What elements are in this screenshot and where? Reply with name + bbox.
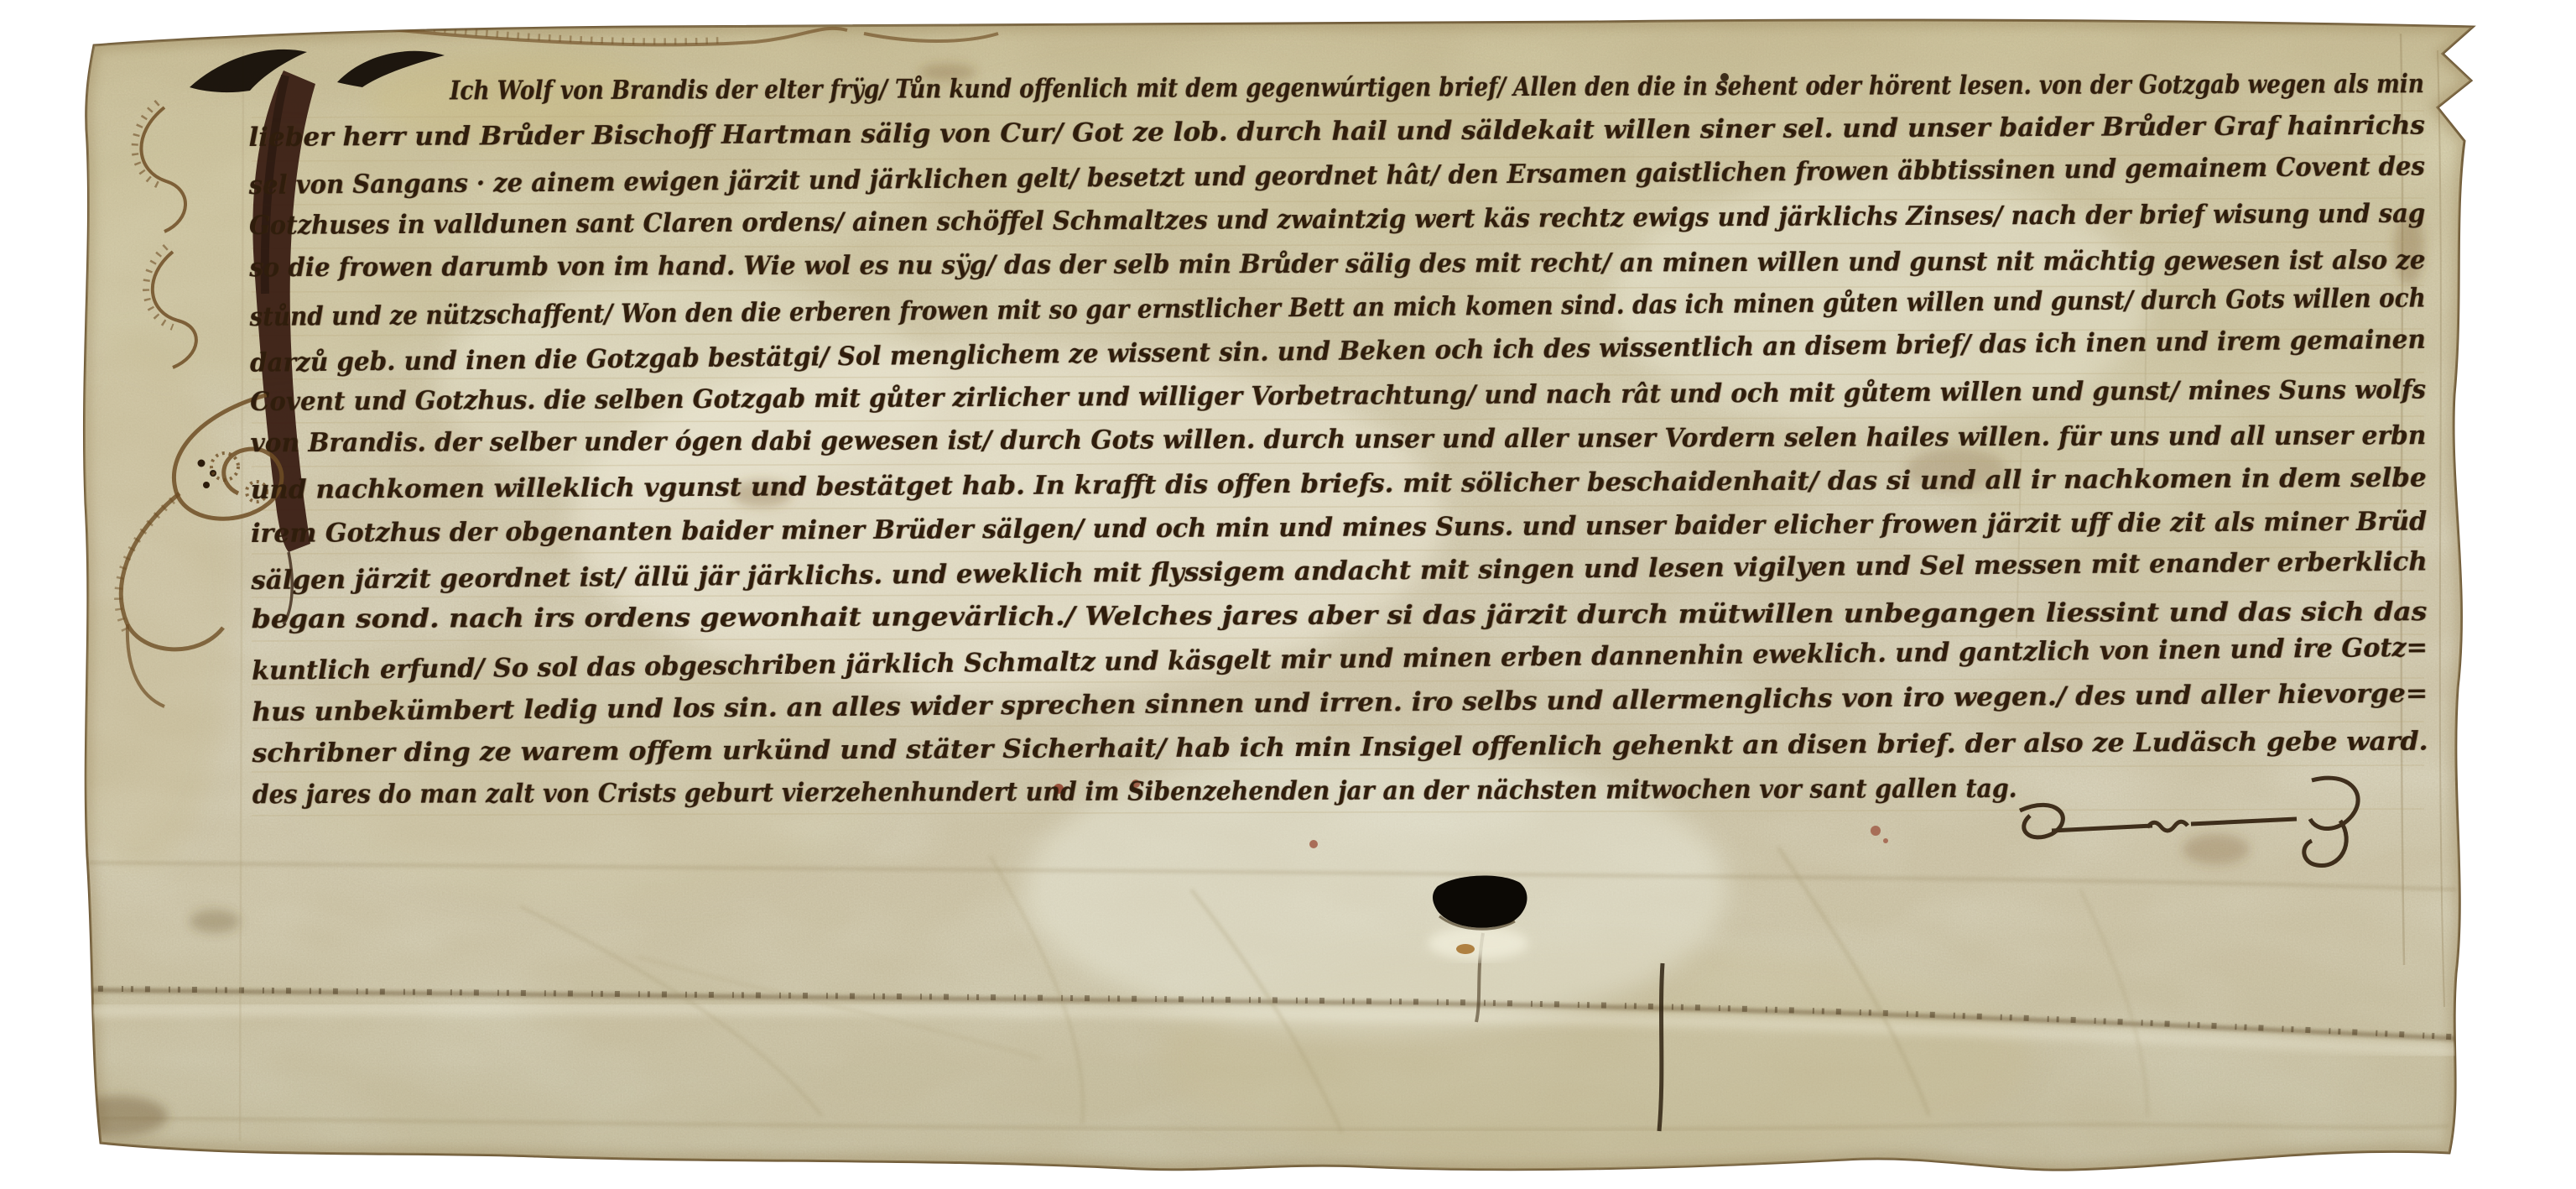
manuscript-line: des jares do man zalt von Crists geburt … xyxy=(252,765,2428,816)
charter-text-block: Ich Wolf von Brandis der elter frÿg/ Tůn… xyxy=(248,60,2428,820)
seal-slit-hole xyxy=(1428,875,1528,960)
charter-photograph: Ich Wolf von Brandis der elter frÿg/ Tůn… xyxy=(0,0,2576,1189)
